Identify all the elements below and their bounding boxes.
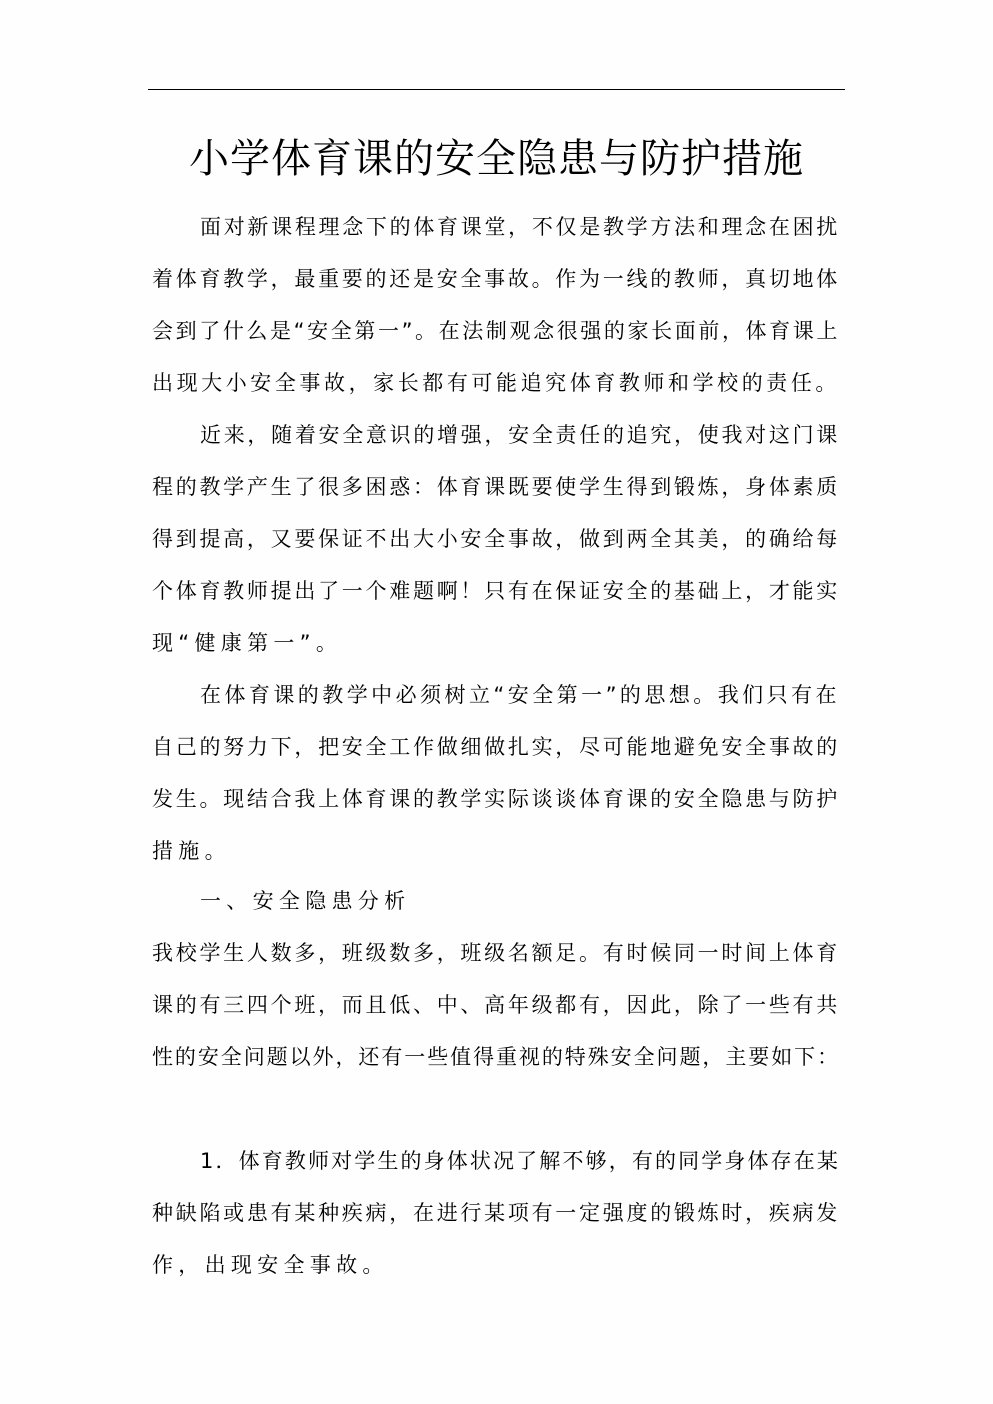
paragraph-line: 现“健康第一”。 [152,628,342,658]
paragraph-first-line: 在体育课的教学中必须树立“安全第一”的思想。我们只有在 [200,680,840,710]
paragraph-line: 我校学生人数多，班级数多，班级名额足。有时候同一时间上体育 [152,938,840,968]
paragraph-first-line: 一、安全隐患分析 [200,886,410,916]
paragraph-line: 个体育教师提出了一个难题啊！只有在保证安全的基础上，才能实 [152,576,840,606]
paragraph-line: 自己的努力下，把安全工作做细做扎实，尽可能地避免安全事故的 [152,732,840,762]
paragraph-line: 得到提高，又要保证不出大小安全事故，做到两全其美，的确给每 [152,524,840,554]
paragraph-line: 发生。现结合我上体育课的教学实际谈谈体育课的安全隐患与防护 [152,784,840,814]
header-rule [148,89,845,90]
document-title: 小学体育课的安全隐患与防护措施 [148,132,845,186]
paragraph-first-line: 面对新课程理念下的体育课堂，不仅是教学方法和理念在困扰 [200,212,840,242]
paragraph-line: 会到了什么是“安全第一”。在法制观念很强的家长面前，体育课上 [152,316,840,346]
document-page: 小学体育课的安全隐患与防护措施 面对新课程理念下的体育课堂，不仅是教学方法和理念… [0,0,993,1404]
paragraph-line: 程的教学产生了很多困惑：体育课既要使学生得到锻炼，身体素质 [152,472,840,502]
paragraph-line: 着体育教学，最重要的还是安全事故。作为一线的教师，真切地体 [152,264,840,294]
paragraph-line: 作，出现安全事故。 [152,1250,389,1280]
paragraph-line: 种缺陷或患有某种疾病，在进行某项有一定强度的锻炼时，疾病发 [152,1198,840,1228]
paragraph-line: 出现大小安全事故，家长都有可能追究体育教师和学校的责任。 [152,368,840,398]
paragraph-line: 性的安全问题以外，还有一些值得重视的特殊安全问题，主要如下： [152,1042,840,1072]
paragraph-line: 课的有三四个班，而且低、中、高年级都有，因此，除了一些有共 [152,990,840,1020]
paragraph-first-line: 近来，随着安全意识的增强，安全责任的追究，使我对这门课 [200,420,840,450]
paragraph-line: 措施。 [152,836,231,866]
paragraph-first-line: 1．体育教师对学生的身体状况了解不够，有的同学身体存在某 [200,1146,840,1176]
